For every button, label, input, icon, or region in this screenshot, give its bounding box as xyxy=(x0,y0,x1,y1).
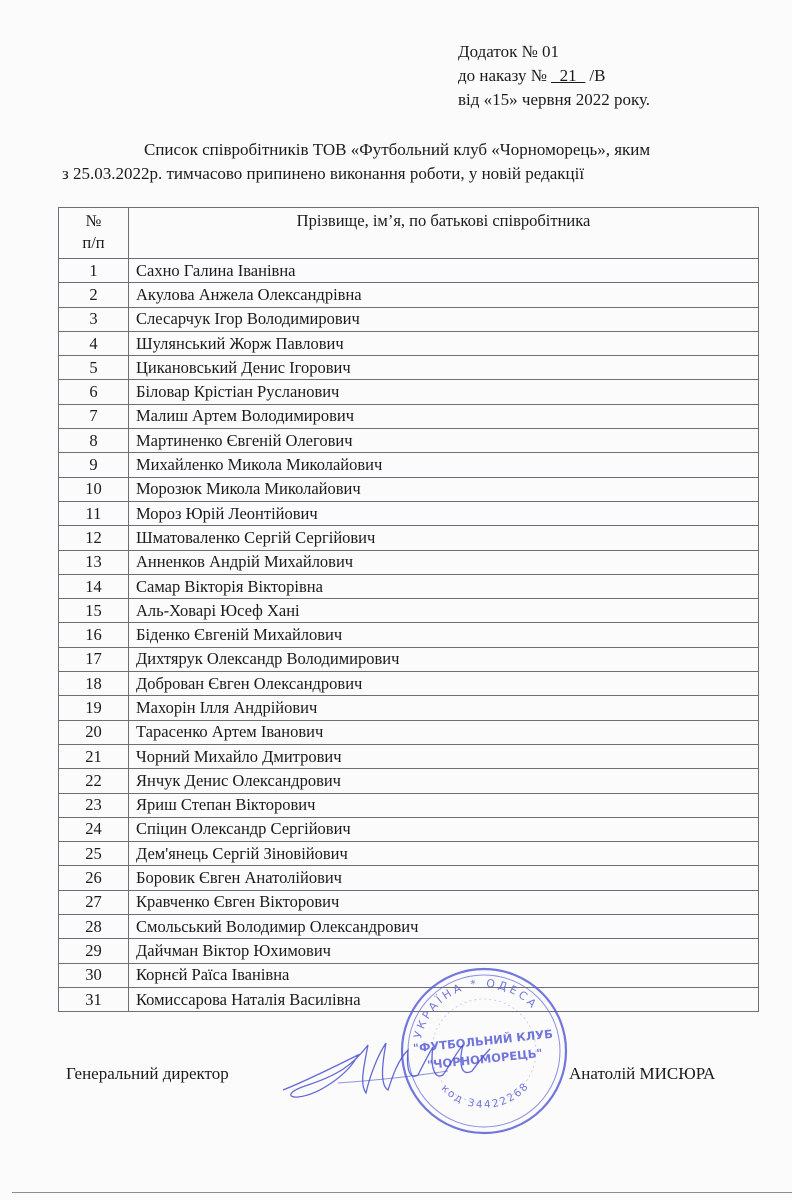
table-row: 11Мороз Юрій Леонтійович xyxy=(59,501,759,525)
employee-name: Анненков Андрій Михайлович xyxy=(129,550,759,574)
header-number-symbol: № xyxy=(59,210,128,232)
employee-name: Морозюк Микола Миколайович xyxy=(129,477,759,501)
table-row: 8Мартиненко Євгеній Олегович xyxy=(59,429,759,453)
appendix-header: Додаток № 01 до наказу № _21_ /В від «15… xyxy=(458,40,650,112)
employee-table: № п/п Прізвище, ім’я, по батькові співро… xyxy=(58,207,759,1012)
row-number: 31 xyxy=(59,987,129,1011)
table-row: 27Кравченко Євген Вікторович xyxy=(59,890,759,914)
row-number: 1 xyxy=(59,259,129,283)
table-row: 6Біловар Крістіан Русланович xyxy=(59,380,759,404)
order-number: _21_ xyxy=(551,66,585,85)
row-number: 29 xyxy=(59,939,129,963)
row-number: 13 xyxy=(59,550,129,574)
row-number: 28 xyxy=(59,915,129,939)
row-number: 4 xyxy=(59,331,129,355)
employee-name: Янчук Денис Олександрович xyxy=(129,769,759,793)
row-number: 21 xyxy=(59,744,129,768)
row-number: 12 xyxy=(59,526,129,550)
table-row: 14Самар Вікторія Вікторівна xyxy=(59,574,759,598)
employee-name: Спіцин Олександр Сергійович xyxy=(129,817,759,841)
table-row: 16Біденко Євгеній Михайлович xyxy=(59,623,759,647)
table-row: 28Смольський Володимир Олександрович xyxy=(59,915,759,939)
row-number: 9 xyxy=(59,453,129,477)
employee-name: Яриш Степан Вікторович xyxy=(129,793,759,817)
page-bottom-rule xyxy=(12,1192,792,1193)
employee-name: Тарасенко Артем Іванович xyxy=(129,720,759,744)
row-number: 15 xyxy=(59,599,129,623)
row-number: 22 xyxy=(59,769,129,793)
employee-name: Шулянський Жорж Павлович xyxy=(129,331,759,355)
table-row: 29Дайчман Віктор Юхимович xyxy=(59,939,759,963)
order-reference: до наказу № _21_ /В xyxy=(458,64,650,88)
employee-name: Чорний Михайло Дмитрович xyxy=(129,744,759,768)
employee-name: Малиш Артем Володимирович xyxy=(129,404,759,428)
row-number: 24 xyxy=(59,817,129,841)
row-number: 25 xyxy=(59,842,129,866)
row-number: 14 xyxy=(59,574,129,598)
header-number: № п/п xyxy=(59,208,129,259)
table-row: 22Янчук Денис Олександрович xyxy=(59,769,759,793)
employee-name: Доброван Євген Олександрович xyxy=(129,672,759,696)
employee-name: Самар Вікторія Вікторівна xyxy=(129,574,759,598)
employee-name: Акулова Анжела Олександрівна xyxy=(129,283,759,307)
table-row: 10Морозюк Микола Миколайович xyxy=(59,477,759,501)
employee-name: Шматоваленко Сергій Сергійович xyxy=(129,526,759,550)
table-row: 19Махорін Ілля Андрійович xyxy=(59,696,759,720)
row-number: 3 xyxy=(59,307,129,331)
row-number: 16 xyxy=(59,623,129,647)
table-row: 24Спіцин Олександр Сергійович xyxy=(59,817,759,841)
table-row: 1Сахно Галина Іванівна xyxy=(59,259,759,283)
table-row: 25Дем'янець Сергій Зіновійович xyxy=(59,842,759,866)
table-row: 5Цикановський Денис Ігорович xyxy=(59,356,759,380)
row-number: 19 xyxy=(59,696,129,720)
row-number: 20 xyxy=(59,720,129,744)
signature-icon xyxy=(278,1035,528,1115)
employee-name: Михайленко Микола Миколайович xyxy=(129,453,759,477)
table-row: 4Шулянський Жорж Павлович xyxy=(59,331,759,355)
row-number: 18 xyxy=(59,672,129,696)
appendix-number: Додаток № 01 xyxy=(458,40,650,64)
row-number: 6 xyxy=(59,380,129,404)
employee-name: Кравченко Євген Вікторович xyxy=(129,890,759,914)
row-number: 7 xyxy=(59,404,129,428)
table-row: 13Анненков Андрій Михайлович xyxy=(59,550,759,574)
table-row: 17Дихтярук Олександр Володимирович xyxy=(59,647,759,671)
table-row: 3Слесарчук Ігор Володимирович xyxy=(59,307,759,331)
row-number: 26 xyxy=(59,866,129,890)
row-number: 10 xyxy=(59,477,129,501)
employee-name: Біденко Євгеній Михайлович xyxy=(129,623,759,647)
employee-name: Махорін Ілля Андрійович xyxy=(129,696,759,720)
employee-name: Боровик Євген Анатолійович xyxy=(129,866,759,890)
employee-name: Цикановський Денис Ігорович xyxy=(129,356,759,380)
table-header-row: № п/п Прізвище, ім’я, по батькові співро… xyxy=(59,208,759,259)
table-row: 18Доброван Євген Олександрович xyxy=(59,672,759,696)
document-title: Список співробітників ТОВ «Футбольний кл… xyxy=(62,138,762,186)
employee-name: Біловар Крістіан Русланович xyxy=(129,380,759,404)
employee-name: Мороз Юрій Леонтійович xyxy=(129,501,759,525)
row-number: 5 xyxy=(59,356,129,380)
employee-name: Мартиненко Євгеній Олегович xyxy=(129,429,759,453)
table-row: 7Малиш Артем Володимирович xyxy=(59,404,759,428)
employee-name: Смольський Володимир Олександрович xyxy=(129,915,759,939)
table-body: 1Сахно Галина Іванівна2Акулова Анжела Ол… xyxy=(59,259,759,1012)
header-number-abbr: п/п xyxy=(59,232,128,254)
table-row: 12Шматоваленко Сергій Сергійович xyxy=(59,526,759,550)
order-prefix: до наказу № xyxy=(458,66,551,85)
employee-name: Аль-Ховарі Юсеф Хані xyxy=(129,599,759,623)
row-number: 30 xyxy=(59,963,129,987)
signatory-name: Анатолій МИСЮРА xyxy=(569,1064,715,1084)
row-number: 23 xyxy=(59,793,129,817)
row-number: 11 xyxy=(59,501,129,525)
table-row: 9Михайленко Микола Миколайович xyxy=(59,453,759,477)
row-number: 27 xyxy=(59,890,129,914)
table-row: 2Акулова Анжела Олександрівна xyxy=(59,283,759,307)
table-row: 21Чорний Михайло Дмитрович xyxy=(59,744,759,768)
table-row: 26Боровик Євген Анатолійович xyxy=(59,866,759,890)
employee-name: Дайчман Віктор Юхимович xyxy=(129,939,759,963)
employee-name: Сахно Галина Іванівна xyxy=(129,259,759,283)
title-line-1: Список співробітників ТОВ «Футбольний кл… xyxy=(62,138,762,162)
row-number: 17 xyxy=(59,647,129,671)
signatory-role: Генеральний директор xyxy=(66,1064,229,1084)
table-row: 20Тарасенко Артем Іванович xyxy=(59,720,759,744)
employee-name: Слесарчук Ігор Володимирович xyxy=(129,307,759,331)
order-date: від «15» червня 2022 року. xyxy=(458,88,650,112)
row-number: 2 xyxy=(59,283,129,307)
header-name: Прізвище, ім’я, по батькові співробітник… xyxy=(129,208,759,259)
table-row: 23Яриш Степан Вікторович xyxy=(59,793,759,817)
employee-name: Дихтярук Олександр Володимирович xyxy=(129,647,759,671)
table-row: 15Аль-Ховарі Юсеф Хані xyxy=(59,599,759,623)
order-suffix: /В xyxy=(585,66,605,85)
employee-name: Дем'янець Сергій Зіновійович xyxy=(129,842,759,866)
title-line-2: з 25.03.2022р. тимчасово припинено викон… xyxy=(62,164,584,183)
row-number: 8 xyxy=(59,429,129,453)
